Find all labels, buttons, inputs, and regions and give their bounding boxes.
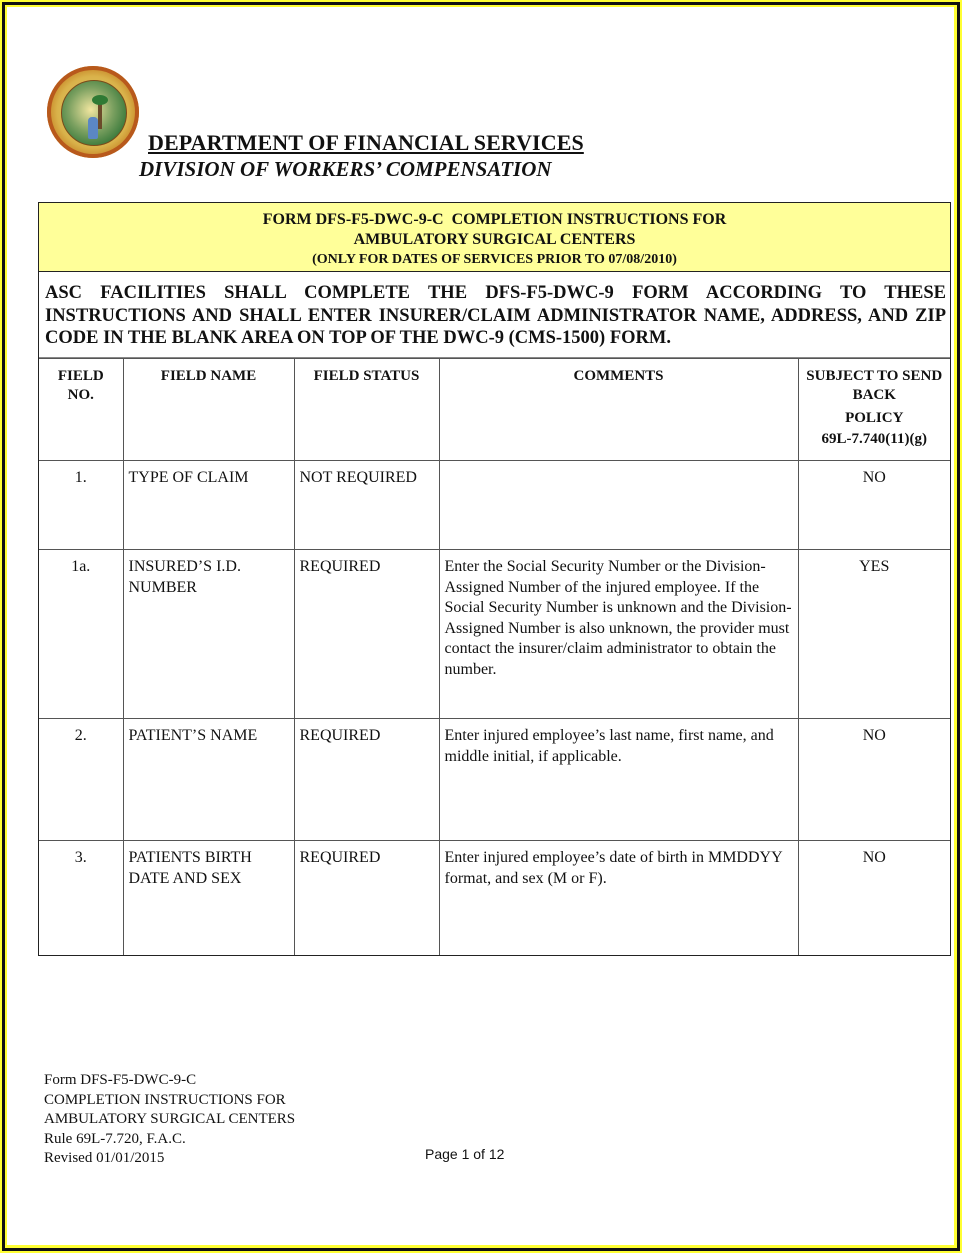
florida-state-seal-icon <box>47 66 139 158</box>
table-row: 3. PATIENTS BIRTH DATE AND SEX REQUIRED … <box>39 841 950 955</box>
field-status: REQUIRED <box>294 719 439 841</box>
form-title-line1: FORM DFS-F5-DWC-9-C COMPLETION INSTRUCTI… <box>39 210 950 230</box>
field-comments <box>439 461 798 550</box>
instructions-table: FORM DFS-F5-DWC-9-C COMPLETION INSTRUCTI… <box>38 202 951 956</box>
seal-center <box>61 80 127 146</box>
table-row: 1a. INSURED’S I.D. NUMBER REQUIRED Enter… <box>39 550 950 719</box>
field-no: 1. <box>39 461 123 550</box>
col-send-back: SUBJECT TO SEND BACK POLICY 69L-7.740(11… <box>798 359 950 461</box>
footer-rule: Rule 69L-7.720, F.A.C. <box>44 1130 295 1150</box>
field-name: PATIENT’S NAME <box>123 719 294 841</box>
form-title-line3: (ONLY FOR DATES OF SERVICES PRIOR TO 07/… <box>39 250 950 270</box>
col-comments: COMMENTS <box>439 359 798 461</box>
col-field-no: FIELD NO. <box>39 359 123 461</box>
seal-figure <box>88 117 98 139</box>
form-title-line2: AMBULATORY SURGICAL CENTERS <box>39 230 950 250</box>
field-comments: Enter the Social Security Number or the … <box>439 550 798 719</box>
seal-palm-fronds <box>92 95 108 105</box>
footer-form-id: Form DFS-F5-DWC-9-C <box>44 1071 295 1091</box>
field-send-back: NO <box>798 461 950 550</box>
page-number: Page 1 of 12 <box>425 1146 504 1162</box>
field-name: INSURED’S I.D. NUMBER <box>123 550 294 719</box>
division-title: DIVISION OF WORKERS’ COMPENSATION <box>139 157 552 182</box>
table-row: 1. TYPE OF CLAIM NOT REQUIRED NO <box>39 461 950 550</box>
col-field-name: FIELD NAME <box>123 359 294 461</box>
send-back-line2: POLICY <box>804 408 946 429</box>
field-status: REQUIRED <box>294 550 439 719</box>
field-no: 1a. <box>39 550 123 719</box>
field-status: NOT REQUIRED <box>294 461 439 550</box>
field-name: PATIENTS BIRTH DATE AND SEX <box>123 841 294 955</box>
field-send-back: NO <box>798 841 950 955</box>
field-status: REQUIRED <box>294 841 439 955</box>
send-back-line1: SUBJECT TO SEND BACK <box>806 368 942 403</box>
footer-revised: Revised 01/01/2015 <box>44 1149 295 1169</box>
form-title-band: FORM DFS-F5-DWC-9-C COMPLETION INSTRUCTI… <box>39 203 950 272</box>
field-table: FIELD NO. FIELD NAME FIELD STATUS COMMEN… <box>39 358 950 955</box>
form-footer: Form DFS-F5-DWC-9-C COMPLETION INSTRUCTI… <box>44 1071 295 1169</box>
field-name: TYPE OF CLAIM <box>123 461 294 550</box>
asc-instructions: ASC FACILITIES SHALL COMPLETE THE DFS-F5… <box>39 272 950 358</box>
department-title: DEPARTMENT OF FINANCIAL SERVICES <box>148 130 584 156</box>
field-send-back: YES <box>798 550 950 719</box>
col-field-status: FIELD STATUS <box>294 359 439 461</box>
field-send-back: NO <box>798 719 950 841</box>
footer-title-1: COMPLETION INSTRUCTIONS FOR <box>44 1091 295 1111</box>
footer-title-2: AMBULATORY SURGICAL CENTERS <box>44 1110 295 1130</box>
field-no: 2. <box>39 719 123 841</box>
field-comments: Enter injured employee’s date of birth i… <box>439 841 798 955</box>
column-header-row: FIELD NO. FIELD NAME FIELD STATUS COMMEN… <box>39 359 950 461</box>
table-row: 2. PATIENT’S NAME REQUIRED Enter injured… <box>39 719 950 841</box>
field-comments: Enter injured employee’s last name, firs… <box>439 719 798 841</box>
field-no: 3. <box>39 841 123 955</box>
send-back-line3: 69L-7.740(11)(g) <box>804 429 946 450</box>
